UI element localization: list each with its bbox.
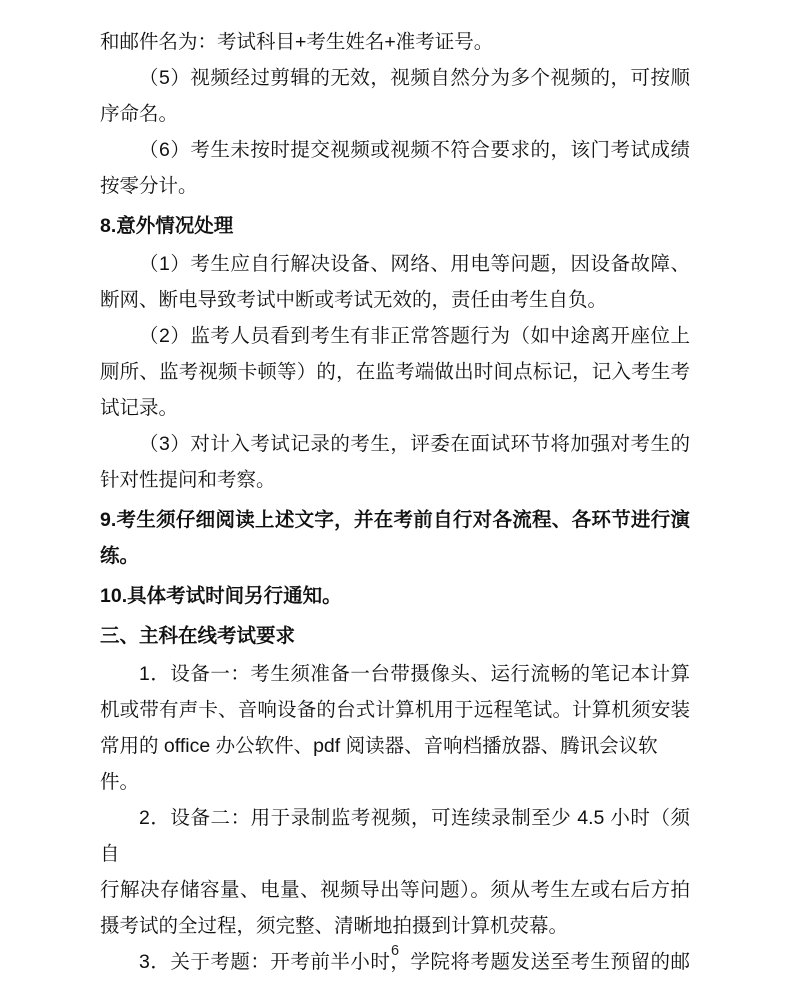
text-line: 试记录。 [100,390,690,426]
document-page: 和邮件名为：考试科目+考生姓名+准考证号。 （5）视频经过剪辑的无效，视频自然分… [0,0,790,991]
text-line: （2）监考人员看到考生有非正常答题行为（如中途离开座位上 [100,318,690,354]
text-line: 1．设备一：考生须准备一台带摄像头、运行流畅的笔记本计算 [100,656,690,692]
text-line: 针对性提问和考察。 [100,462,690,498]
text-line: 机或带有声卡、音响设备的台式计算机用于远程笔试。计算机须安装 [100,692,690,728]
text-line: 摄考试的全过程，须完整、清晰地拍摄到计算机荧幕。 [100,908,690,944]
text-line: 序命名。 [100,96,690,132]
document-body: 和邮件名为：考试科目+考生姓名+准考证号。 （5）视频经过剪辑的无效，视频自然分… [100,24,690,980]
text-line: 按零分计。 [100,168,690,204]
page-number: 6 [0,941,790,961]
text-line: 行解决存储容量、电量、视频导出等问题）。须从考生左或右后方拍 [100,872,690,908]
section-heading-three: 三、主科在线考试要求 [100,618,690,654]
text-line: （1）考生应自行解决设备、网络、用电等问题，因设备故障、 [100,246,690,282]
section-heading-9: 9.考生须仔细阅读上述文字，并在考前自行对各流程、各环节进行演 [100,502,690,538]
text-line: 2．设备二：用于录制监考视频，可连续录制至少 4.5 小时（须自 [100,800,690,872]
text-line: 断网、断电导致考试中断或考试无效的，责任由考生自负。 [100,282,690,318]
text-line: 厕所、监考视频卡顿等）的，在监考端做出时间点标记，记入考生考 [100,354,690,390]
text-line: （3）对计入考试记录的考生，评委在面试环节将加强对考生的 [100,426,690,462]
text-line: 常用的 office 办公软件、pdf 阅读器、音响档播放器、腾讯会议软件。 [100,728,690,800]
section-heading-8: 8.意外情况处理 [100,208,690,244]
section-heading-10: 10.具体考试时间另行通知。 [100,578,690,614]
section-heading-9-cont: 练。 [100,538,690,574]
text-line: （6）考生未按时提交视频或视频不符合要求的，该门考试成绩 [100,132,690,168]
text-line: （5）视频经过剪辑的无效，视频自然分为多个视频的，可按顺 [100,60,690,96]
text-line: 和邮件名为：考试科目+考生姓名+准考证号。 [100,24,690,60]
